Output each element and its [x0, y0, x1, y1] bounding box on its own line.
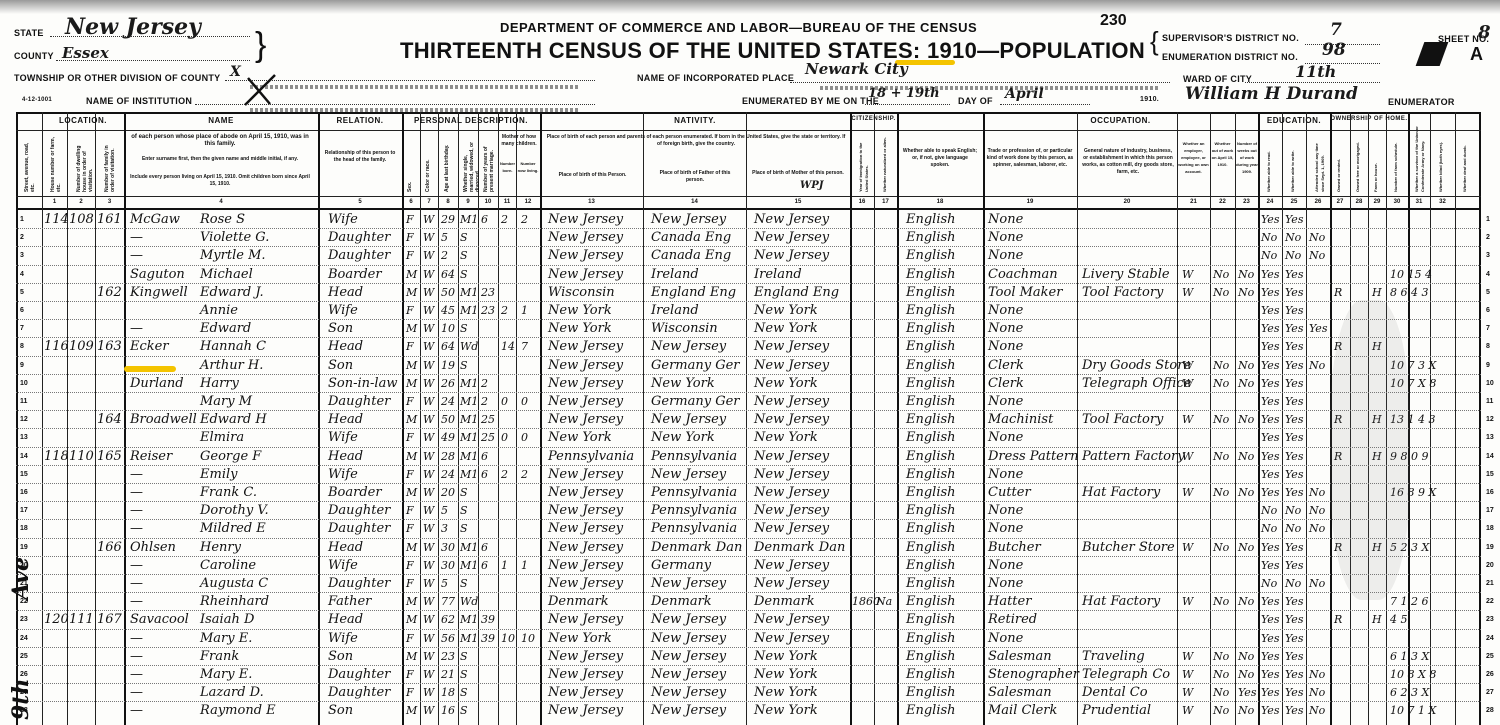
column-number: 2 [67, 199, 95, 205]
mother-birthplace-cell: New York [754, 429, 818, 446]
sex-cell: F [406, 338, 414, 355]
weeks-out-cell: No [1238, 284, 1254, 301]
trade-cell: None [988, 393, 1023, 410]
read-cell: No [1261, 520, 1277, 537]
birthplace-cell: New Jersey [548, 684, 623, 701]
mother-birthplace-cell: New Jersey [754, 393, 829, 410]
employer-cell: W [1182, 539, 1193, 556]
header-mother-of: Mother of how many children. [499, 134, 539, 148]
dwelling-number-cell: 110 [69, 448, 94, 465]
weeks-out-cell: No [1238, 666, 1254, 683]
race-cell: W [423, 557, 434, 574]
line-number-right: 23 [1486, 616, 1494, 623]
mother-birthplace-cell: New Jersey [754, 466, 829, 483]
relation-cell: Wife [328, 211, 358, 228]
surname-cell: McGaw [130, 211, 180, 228]
family-number-cell: 163 [97, 338, 122, 355]
age-cell: 3 [441, 520, 448, 537]
marital-cell: S [460, 575, 468, 592]
header-divider [16, 196, 1481, 197]
given-name-cell: Augusta C [200, 575, 268, 592]
industry-cell: Hat Factory [1082, 593, 1160, 610]
weeks-out-cell: No [1238, 593, 1254, 610]
line-number-right: 22 [1486, 598, 1494, 605]
marital-cell: M1 [460, 539, 478, 556]
trade-cell: Coachman [988, 266, 1058, 283]
relation-cell: Boarder [328, 484, 382, 501]
children-born-cell: 2 [501, 466, 508, 483]
father-birthplace-cell: New Jersey [651, 411, 726, 428]
write-cell: Yes [1285, 429, 1303, 446]
sex-cell: M [406, 284, 417, 301]
column-number: 29 [1368, 199, 1386, 205]
father-birthplace-cell: Pennsylvania [651, 502, 737, 519]
header-read: Whether able to read. [1266, 136, 1272, 192]
children-living-cell: 0 [521, 429, 528, 446]
family-number-cell: 164 [97, 411, 122, 428]
surname-cell: — [130, 229, 143, 246]
years-married-cell: 6 [481, 557, 488, 574]
column-number: 19 [983, 199, 1077, 205]
school-cell: No [1309, 229, 1325, 246]
column-number: 4 [124, 199, 318, 205]
father-birthplace-cell: Pennsylvania [651, 520, 737, 537]
race-cell: W [423, 411, 434, 428]
race-cell: W [423, 611, 434, 628]
relation-cell: Wife [328, 466, 358, 483]
trade-cell: Salesman [988, 684, 1052, 701]
mother-birthplace-cell: New York [754, 302, 818, 319]
race-cell: W [423, 247, 434, 264]
marital-cell: M1 [460, 284, 478, 301]
surname-cell: — [130, 575, 143, 592]
line-number: 2 [20, 234, 24, 241]
years-married-cell: 6 [481, 539, 488, 556]
mother-birthplace-cell: New Jersey [754, 520, 829, 537]
column-number: 9 [458, 199, 478, 205]
out-of-work-cell: No [1213, 357, 1229, 374]
mother-birthplace-cell: Denmark [754, 593, 815, 610]
line-number-right: 13 [1486, 434, 1494, 441]
surname-cell: — [130, 466, 143, 483]
trade-cell: Tool Maker [988, 284, 1062, 301]
years-married-cell: 39 [481, 630, 495, 647]
read-cell: Yes [1261, 357, 1279, 374]
industry-cell: Traveling [1082, 648, 1145, 665]
header-employer: Whether an employer, employee, or workin… [1178, 140, 1209, 175]
mother-birthplace-cell: New Jersey [754, 357, 829, 374]
employer-cell: W [1182, 484, 1193, 501]
surname-cell: — [130, 648, 143, 665]
trade-cell: None [988, 302, 1023, 319]
marital-cell: Wd [460, 338, 478, 355]
employer-cell: W [1182, 593, 1193, 610]
trade-cell: None [988, 320, 1023, 337]
father-birthplace-cell: Pennsylvania [651, 484, 737, 501]
write-cell: Yes [1285, 630, 1303, 647]
line-number-right: 17 [1486, 507, 1494, 514]
header-living: Number now living. [517, 160, 539, 174]
trade-cell: None [988, 630, 1023, 647]
read-cell: Yes [1261, 648, 1279, 665]
paper-stain [1330, 300, 1410, 600]
sex-cell: M [406, 593, 417, 610]
language-cell: English [906, 666, 956, 683]
sex-cell: F [406, 520, 414, 537]
relation-cell: Daughter [328, 575, 390, 592]
read-cell: Yes [1261, 211, 1279, 228]
margin-street-ninth: 9th [8, 679, 34, 720]
surname-cell: — [130, 247, 143, 264]
surname-cell: — [130, 557, 143, 574]
given-name-cell: Violette G. [200, 229, 269, 246]
age-cell: 64 [441, 338, 455, 355]
sex-cell: M [406, 484, 417, 501]
age-cell: 30 [441, 557, 455, 574]
age-cell: 18 [441, 684, 455, 701]
enumerator-label: Enumerator [1388, 97, 1455, 107]
industry-cell: Telegraph Co [1082, 666, 1170, 683]
column-number: 32 [1430, 199, 1455, 205]
owned-rented-cell: R [1334, 284, 1342, 301]
column-number: 30 [1386, 199, 1408, 205]
column-number: 25 [1282, 199, 1306, 205]
age-cell: 10 [441, 320, 455, 337]
marital-cell: S [460, 229, 468, 246]
age-cell: 56 [441, 630, 455, 647]
write-cell: Yes [1285, 357, 1303, 374]
write-cell: Yes [1285, 593, 1303, 610]
marital-cell: S [460, 666, 468, 683]
race-cell: W [423, 502, 434, 519]
children-born-cell: 10 [501, 630, 515, 647]
language-cell: English [906, 593, 956, 610]
enumerated-day: 18 + 19th [868, 86, 940, 101]
line-number: 9 [20, 362, 24, 369]
birthplace-cell: New Jersey [548, 520, 623, 537]
sex-cell: F [406, 630, 414, 647]
read-cell: Yes [1261, 393, 1279, 410]
marital-cell: Wd [460, 593, 478, 610]
trade-cell: Salesman [988, 648, 1052, 665]
line-number: 8 [20, 343, 24, 350]
relation-cell: Wife [328, 630, 358, 647]
trade-cell: None [988, 575, 1023, 592]
supervisor-label: Supervisor's District No. [1162, 33, 1299, 43]
family-number-cell: 162 [97, 284, 122, 301]
father-birthplace-cell: New Jersey [651, 466, 726, 483]
given-name-cell: Mary E. [200, 666, 252, 683]
header-naturalized: Whether naturalized or alien. [882, 136, 888, 192]
industry-cell: Pattern Factory [1082, 448, 1185, 465]
write-cell: Yes [1285, 648, 1303, 665]
dwelling-number-cell: 109 [69, 338, 94, 355]
write-cell: Yes [1285, 302, 1303, 319]
father-birthplace-cell: New Jersey [651, 611, 726, 628]
given-name-cell: Frank C. [200, 484, 257, 501]
line-number-right: 14 [1486, 453, 1494, 460]
surname-cell: Ecker [130, 338, 169, 355]
children-born-cell: 14 [501, 338, 515, 355]
given-name-cell: Dorothy V. [200, 502, 269, 519]
birthplace-cell: New Jersey [548, 393, 623, 410]
language-cell: English [906, 247, 956, 264]
line-number: 19 [20, 544, 28, 551]
write-cell: Yes [1285, 448, 1303, 465]
race-cell: W [423, 702, 434, 719]
header-farm-house: Farm or house. [1373, 136, 1379, 192]
read-cell: Yes [1261, 702, 1279, 719]
age-cell: 20 [441, 484, 455, 501]
given-name-cell: Arthur H. [200, 357, 263, 374]
owned-rented-cell: R [1334, 611, 1342, 628]
line-number: 6 [20, 307, 24, 314]
given-name-cell: Mildred E [200, 520, 266, 537]
children-born-cell: 2 [501, 302, 508, 319]
supervisor-value: 7 [1330, 20, 1342, 40]
industry-cell: Tool Factory [1082, 411, 1163, 428]
enumerator-name: William H Durand [1185, 84, 1358, 104]
race-cell: W [423, 666, 434, 683]
read-cell: Yes [1261, 557, 1279, 574]
relation-cell: Head [328, 448, 363, 465]
line-number: 26 [20, 671, 28, 678]
industry-cell: Prudential [1082, 702, 1151, 719]
given-name-cell: Hannah C [200, 338, 266, 355]
line-number: 7 [20, 325, 24, 332]
father-birthplace-cell: Pennsylvania [651, 448, 737, 465]
write-cell: Yes [1285, 557, 1303, 574]
language-cell: English [906, 466, 956, 483]
write-cell: No [1285, 575, 1301, 592]
incorporated-place-label: Name of incorporated place [637, 73, 794, 83]
language-cell: English [906, 648, 956, 665]
line-number: 14 [20, 453, 28, 460]
trade-cell: None [988, 338, 1023, 355]
birthplace-cell: New Jersey [548, 375, 623, 392]
read-cell: No [1261, 229, 1277, 246]
line-number-right: 3 [1486, 252, 1490, 259]
section-personal: PERSONAL DESCRIPTION. [402, 116, 540, 125]
header-owned-rented: Owned or rented. [1336, 136, 1342, 192]
given-name-cell: Myrtle M. [200, 247, 266, 264]
language-cell: English [906, 393, 956, 410]
read-cell: Yes [1261, 284, 1279, 301]
schedule-cell: 8 6 4 3 [1390, 284, 1428, 301]
age-cell: 26 [441, 375, 455, 392]
section-occupation: OCCUPATION. [983, 116, 1258, 125]
section-name: NAME [124, 116, 318, 125]
race-cell: W [423, 284, 434, 301]
weeks-out-cell: No [1238, 266, 1254, 283]
marital-cell: M1 [460, 211, 478, 228]
column-number: 7 [420, 199, 438, 205]
trade-cell: None [988, 520, 1023, 537]
birthplace-cell: New Jersey [548, 466, 623, 483]
header-farm-schedule: Number of farm schedule. [1393, 136, 1399, 192]
children-living-cell: 2 [521, 466, 528, 483]
section-citizenship: CITIZENSHIP. [850, 116, 897, 122]
race-cell: W [423, 357, 434, 374]
write-cell: Yes [1285, 484, 1303, 501]
header-veteran: Whether a survivor of the Union or Confe… [1414, 116, 1426, 192]
sex-cell: F [406, 557, 414, 574]
surname-cell: — [130, 684, 143, 701]
read-cell: Yes [1261, 466, 1279, 483]
birthplace-cell: Denmark [548, 593, 609, 610]
given-name-cell: Mary M [200, 393, 252, 410]
weeks-out-cell: No [1238, 411, 1254, 428]
language-cell: English [906, 302, 956, 319]
column-number: 28 [1350, 199, 1368, 205]
birthplace-cell: New Jersey [548, 338, 623, 355]
sex-cell: M [406, 702, 417, 719]
age-cell: 21 [441, 666, 455, 683]
sex-cell: M [406, 611, 417, 628]
sex-cell: M [406, 411, 417, 428]
sex-cell: F [406, 211, 414, 228]
marital-cell: S [460, 266, 468, 283]
industry-cell: Tool Factory [1082, 284, 1163, 301]
surname-cell: — [130, 630, 143, 647]
race-cell: W [423, 448, 434, 465]
school-cell: No [1309, 666, 1325, 683]
line-number: 17 [20, 507, 28, 514]
marital-cell: S [460, 520, 468, 537]
read-cell: Yes [1261, 429, 1279, 446]
father-birthplace-cell: New York [651, 429, 715, 446]
line-number: 16 [20, 489, 28, 496]
father-birthplace-cell: New Jersey [651, 211, 726, 228]
header-age: Age at last birthday. [444, 136, 450, 192]
weeks-out-cell: No [1238, 648, 1254, 665]
read-cell: No [1261, 575, 1277, 592]
trade-cell: Retired [988, 611, 1037, 628]
read-cell: Yes [1261, 684, 1279, 701]
column-number: 1 [42, 199, 67, 205]
farm-house-cell: H [1372, 611, 1382, 628]
column-number: 15 [746, 199, 850, 205]
write-cell: No [1285, 229, 1301, 246]
race-cell: W [423, 520, 434, 537]
section-location: LOCATION. [42, 116, 124, 125]
header-marital: Whether single, married, widowed, or div… [463, 136, 481, 192]
header-name-desc: of each person whose place of abode on A… [130, 134, 310, 148]
weeks-out-cell: No [1238, 448, 1254, 465]
language-cell: English [906, 266, 956, 283]
given-name-cell: George F [200, 448, 261, 465]
ink-blot [1416, 42, 1449, 66]
years-married-cell: 6 [481, 448, 488, 465]
mother-birthplace-cell: New Jersey [754, 229, 829, 246]
column-number: 6 [402, 199, 420, 205]
column-number: 23 [1235, 199, 1258, 205]
father-birthplace-cell: Germany Ger [651, 393, 740, 410]
write-cell: Yes [1285, 411, 1303, 428]
birthplace-cell: New Jersey [548, 266, 623, 283]
write-cell: Yes [1285, 466, 1303, 483]
marital-cell: S [460, 247, 468, 264]
line-number: 24 [20, 635, 28, 642]
header-street: Street, avenue, road, etc. [24, 136, 36, 192]
section-nativity: NATIVITY. [540, 116, 850, 125]
family-number-cell: 167 [97, 611, 122, 628]
state-value: New Jersey [65, 14, 201, 40]
relation-cell: Father [328, 593, 371, 610]
birthplace-cell: New Jersey [548, 247, 623, 264]
column-number: 13 [540, 199, 643, 205]
school-cell: No [1309, 357, 1325, 374]
col-line [1455, 112, 1456, 725]
given-name-cell: Michael [200, 266, 253, 283]
line-number-right: 24 [1486, 635, 1494, 642]
race-cell: W [423, 539, 434, 556]
father-birthplace-cell: Germany [651, 557, 711, 574]
marital-cell: M1 [460, 393, 478, 410]
language-cell: English [906, 611, 956, 628]
out-of-work-cell: No [1213, 266, 1229, 283]
employer-cell: W [1182, 648, 1193, 665]
read-cell: Yes [1261, 375, 1279, 392]
ward-label: Ward of city [1183, 74, 1252, 84]
mother-birthplace-cell: New York [754, 684, 818, 701]
write-cell: No [1285, 520, 1301, 537]
language-cell: English [906, 702, 956, 719]
farm-house-cell: H [1372, 284, 1382, 301]
relation-cell: Wife [328, 302, 358, 319]
mother-birthplace-cell: New Jersey [754, 611, 829, 628]
children-living-cell: 7 [521, 338, 528, 355]
school-cell: No [1309, 575, 1325, 592]
relation-cell: Wife [328, 557, 358, 574]
birthplace-cell: New York [548, 429, 612, 446]
line-number-right: 25 [1486, 653, 1494, 660]
weeks-out-cell: No [1238, 702, 1254, 719]
header-trade: Trade or profession of, or particular ki… [986, 148, 1074, 169]
column-number: 14 [643, 199, 746, 205]
race-cell: W [423, 484, 434, 501]
industry-cell: Livery Stable [1082, 266, 1170, 283]
line-number: 18 [20, 525, 28, 532]
race-cell: W [423, 593, 434, 610]
brace-glyph: } [255, 28, 266, 62]
industry-cell: Hat Factory [1082, 484, 1160, 501]
birthplace-cell: New Jersey [548, 484, 623, 501]
line-number-right: 10 [1486, 380, 1494, 387]
column-number: 10 [478, 199, 498, 205]
school-cell: No [1309, 702, 1325, 719]
given-name-cell: Caroline [200, 557, 256, 574]
header-weeks-out: Number of weeks out of work during year … [1236, 140, 1258, 175]
write-cell: Yes [1285, 684, 1303, 701]
line-number: 1 [20, 216, 24, 223]
surname-cell: — [130, 520, 143, 537]
industry-cell: Butcher Store [1082, 539, 1175, 556]
header-name-enter: Enter surname first, then the given name… [130, 156, 310, 163]
header-birth-father: Place of birth of Father of this person. [650, 170, 740, 184]
sex-cell: F [406, 466, 414, 483]
marital-cell: S [460, 357, 468, 374]
age-cell: 19 [441, 357, 455, 374]
column-number: 3 [95, 199, 124, 205]
trade-cell: Stenographer [988, 666, 1079, 683]
margin-street-ave: Ave [8, 557, 34, 600]
header-years-married: Number of years of present marriage. [483, 136, 495, 192]
trade-cell: Mail Clerk [988, 702, 1057, 719]
header-blind: Whether blind (both eyes). [1438, 116, 1444, 192]
father-birthplace-cell: Canada Eng [651, 247, 731, 264]
language-cell: English [906, 575, 956, 592]
